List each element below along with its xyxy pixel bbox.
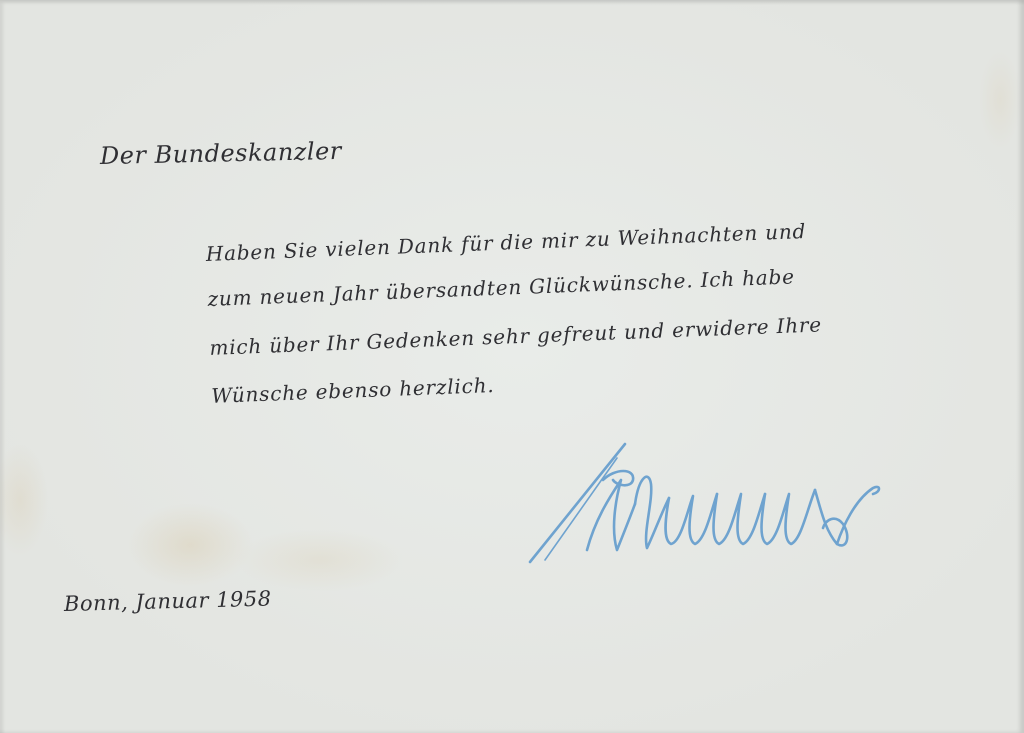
- body-line: zum neuen Jahr übersandten Glückwünsche.…: [207, 264, 795, 311]
- place-date: Bonn, Januar 1958: [64, 587, 272, 616]
- letter-body: Haben Sie vielen Dank für die mir zu Wei…: [205, 206, 892, 422]
- signature-icon: [525, 440, 885, 570]
- letter-heading: Der Bundeskanzler: [100, 137, 342, 170]
- body-line: Haben Sie vielen Dank für die mir zu Wei…: [205, 219, 806, 266]
- body-line: mich über Ihr Gedenken sehr gefreut und …: [209, 312, 822, 360]
- handwritten-signature: Adenauer: [525, 440, 885, 570]
- letter-card: Der Bundeskanzler Haben Sie vielen Dank …: [0, 0, 1024, 733]
- body-line: Wünsche ebenso herzlich.: [211, 373, 495, 408]
